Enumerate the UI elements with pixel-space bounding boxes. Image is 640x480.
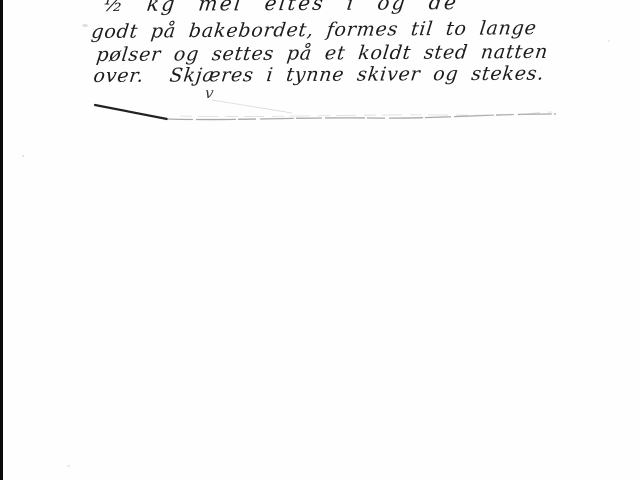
scan-speckle (608, 40, 610, 42)
stray-pen-mark: v (204, 84, 214, 102)
scan-speckle (22, 155, 24, 157)
scanned-document-page: ½ kg mel eltes i og de godt på bakeborde… (0, 0, 640, 480)
handwriting-line-1-clipped: ½ kg mel eltes i og de (102, 0, 460, 17)
scan-speckle (82, 24, 88, 27)
scan-speckle (67, 465, 70, 467)
scanner-edge-bar (0, 0, 3, 480)
handwriting-line-4: over. Skjæres i tynne skiver og stekes. (92, 61, 546, 89)
